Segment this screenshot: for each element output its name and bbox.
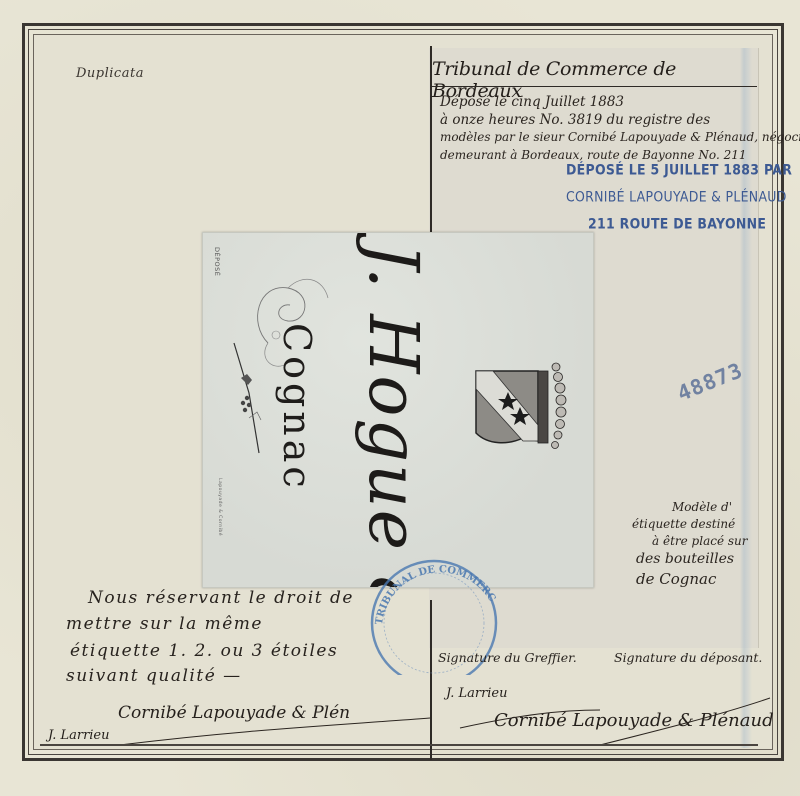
model-note-line-3: à être placé sur	[652, 534, 747, 548]
registry-line-3: modèles par le sieur Cornibé Lapouyade &…	[440, 130, 800, 144]
coat-of-arms-icon	[468, 353, 568, 463]
deposit-stamp-line-1: DÉPOSÉ LE 5 JUILLET 1883 PAR	[566, 161, 792, 178]
registry-line-2: à onze heures No. 3819 du registre des	[440, 112, 710, 128]
registry-line-1: Déposé le cinq Juillet 1883	[440, 94, 624, 110]
label-product-name: Cognac	[278, 323, 316, 492]
seal-text: TRIBUNAL DE COMMERCE DE BORDEAUX	[362, 545, 497, 625]
model-note-line-4: des bouteilles	[636, 551, 734, 567]
bottom-frame-rule	[40, 744, 758, 746]
deposit-stamp-line-2: CORNIBÉ LAPOUYADE & PLÉNAUD	[566, 188, 787, 205]
greffier-signature-label: Signature du Greffier.	[438, 650, 577, 665]
reservation-note-line-3: étiquette 1. 2. ou 3 étoiles	[70, 641, 338, 661]
deposit-stamp-line-3: 211 ROUTE DE BAYONNE	[588, 215, 766, 232]
label-printer-mark: Lapouyade & Cornibé	[217, 478, 222, 536]
svg-text:TRIBUNAL DE COMMERCE DE BORDEA: TRIBUNAL DE COMMERCE DE BORDEAUX	[362, 545, 497, 625]
model-note-line-2: étiquette destiné	[632, 517, 735, 531]
depositor-signature-label: Signature du déposant.	[614, 650, 762, 665]
model-note-line-5: de Cognac	[636, 570, 716, 588]
duplicata-note: Duplicata	[76, 66, 144, 81]
grapevine-icon	[229, 333, 269, 463]
signature-flourishes-icon	[40, 690, 780, 750]
cognac-label: DÉPOSÉ Lapouyade & Cornibé Cognac J. Hog…	[202, 232, 594, 588]
label-depose-mark: DÉPOSÉ	[213, 247, 221, 276]
reservation-note-line-2: mettre sur la même	[66, 614, 263, 634]
label-brand-name: J. Hogue & Co.	[358, 243, 426, 588]
model-note-line-1: Modèle d'	[672, 500, 732, 514]
reservation-note-line-1: Nous réservant le droit de	[88, 588, 354, 608]
title-rule	[432, 86, 757, 87]
reservation-note-line-4: suivant qualité —	[66, 666, 242, 686]
